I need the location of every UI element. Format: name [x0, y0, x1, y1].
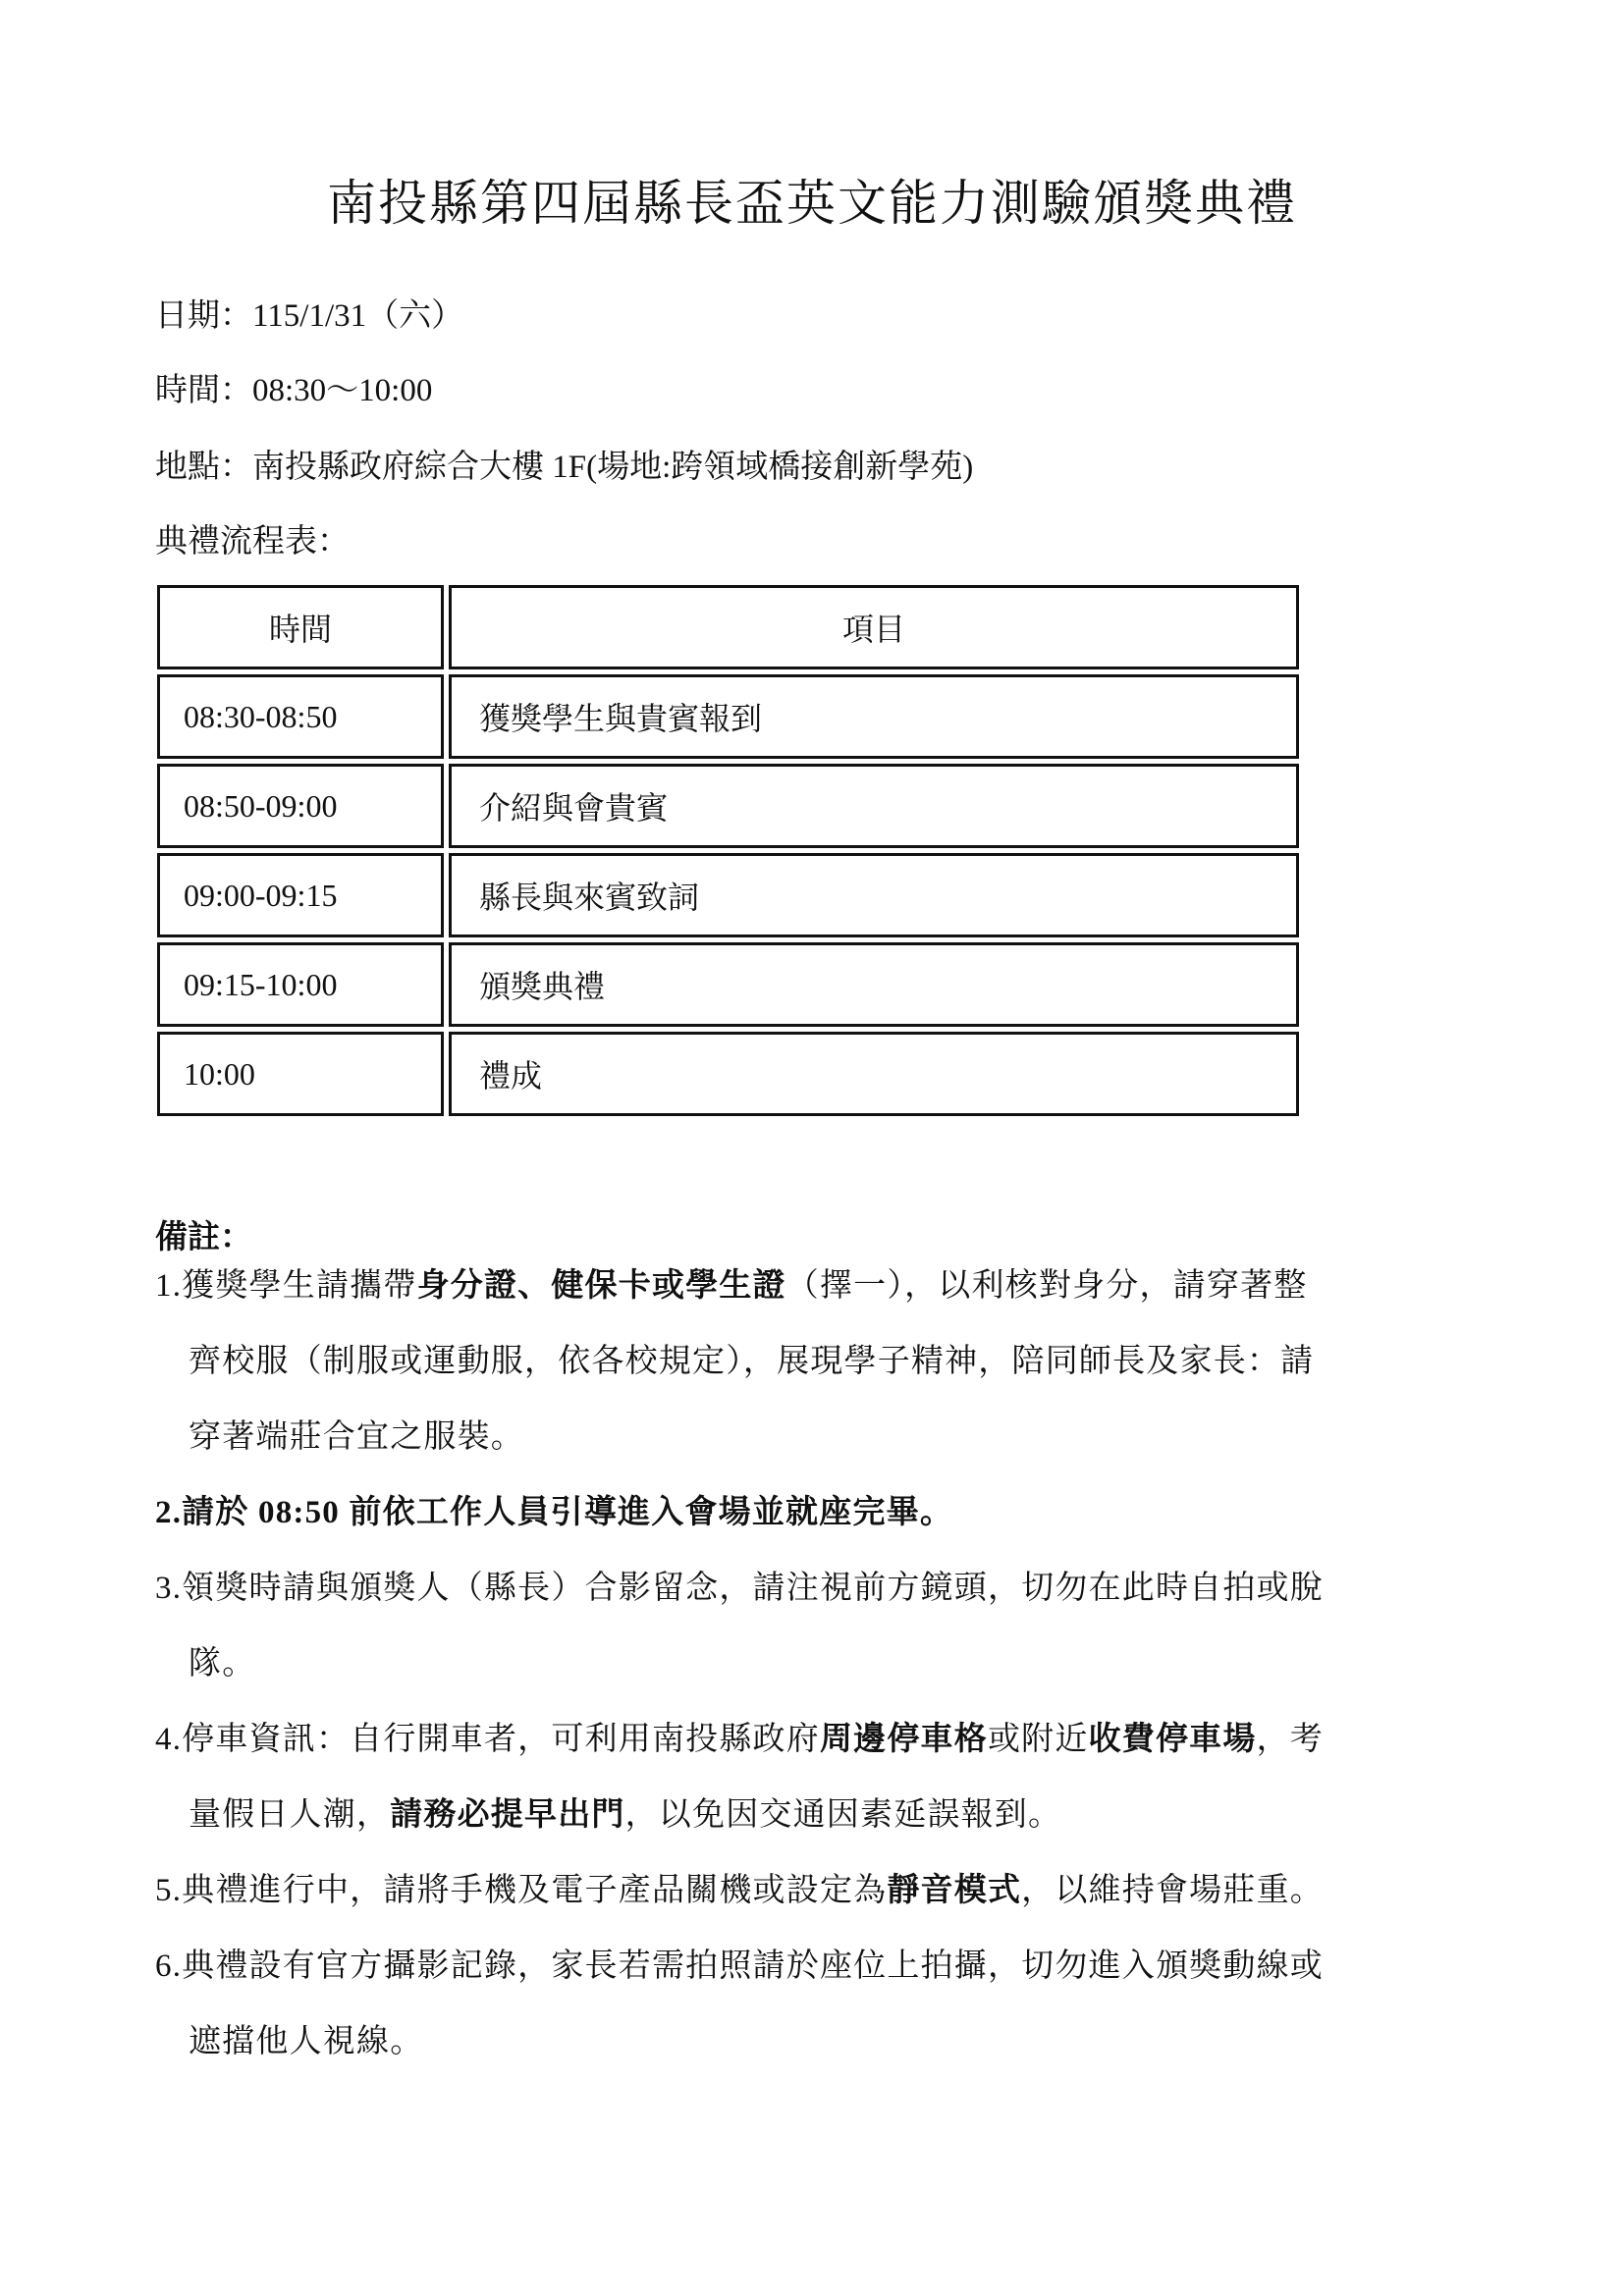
- remark-text: 量假日人潮，: [189, 1797, 390, 1833]
- schedule-heading: 典禮流程表：: [155, 520, 350, 563]
- info-time: 時間：08:30～10:00: [155, 369, 432, 412]
- row-item: 介紹與會貴賓: [449, 764, 1299, 848]
- remark-text: 1.獲獎學生請攜帶: [155, 1268, 417, 1304]
- row-item: 縣長與來賓致詞: [449, 853, 1299, 937]
- remark-text: 或附近: [988, 1722, 1089, 1757]
- table-row: 09:00-09:15 縣長與來賓致詞: [157, 853, 1299, 937]
- remark-continuation: 量假日人潮，請務必提早出門，以免因交通因素延誤報到。: [155, 1778, 1510, 1853]
- remark-text: 6.典禮設有官方攝影記錄，家長若需拍照請於座位上拍攝，切勿進入頒獎動線或: [155, 1949, 1324, 1984]
- table-row: 08:30-08:50 獲獎學生與貴賓報到: [157, 674, 1299, 759]
- schedule-table: 時間 項目 08:30-08:50 獲獎學生與貴賓報到 08:50-09:00 …: [152, 580, 1304, 1121]
- header-item: 項目: [449, 585, 1299, 669]
- row-item: 禮成: [449, 1032, 1299, 1116]
- row-item: 獲獎學生與貴賓報到: [449, 674, 1299, 759]
- row-time: 08:30-08:50: [157, 674, 444, 759]
- row-time: 08:50-09:00: [157, 764, 444, 848]
- header-time: 時間: [157, 585, 444, 669]
- remark-continuation: 隊。: [155, 1627, 1510, 1702]
- row-item: 頒獎典禮: [449, 942, 1299, 1027]
- remark-text: ，考: [1257, 1722, 1324, 1757]
- row-time: 09:15-10:00: [157, 942, 444, 1027]
- remark-item-3: 3.領獎時請與頒獎人（縣長）合影留念，請注視前方鏡頭，切勿在此時自拍或脫 隊。: [155, 1551, 1510, 1702]
- remark-text: 3.領獎時請與頒獎人（縣長）合影留念，請注視前方鏡頭，切勿在此時自拍或脫: [155, 1571, 1324, 1606]
- remark-item-6: 6.典禮設有官方攝影記錄，家長若需拍照請於座位上拍攝，切勿進入頒獎動線或 遮擋他…: [155, 1929, 1510, 2080]
- info-date: 日期：115/1/31（六）: [155, 294, 463, 338]
- info-location-label: 地點：: [155, 450, 252, 485]
- remark-item-4: 4.停車資訊：自行開車者，可利用南投縣政府周邊停車格或附近收費停車場，考 量假日…: [155, 1702, 1510, 1853]
- remark-item-1: 1.獲獎學生請攜帶身分證、健保卡或學生證（擇一），以利核對身分，請穿著整 齊校服…: [155, 1249, 1510, 1475]
- row-time: 10:00: [157, 1032, 444, 1116]
- remark-item-5: 5.典禮進行中，請將手機及電子產品關機或設定為靜音模式，以維持會場莊重。: [155, 1853, 1510, 1929]
- remark-text: ，以維持會場莊重。: [1021, 1873, 1324, 1908]
- table-row: 10:00 禮成: [157, 1032, 1299, 1116]
- remark-emphasis: 身分證、健保卡或學生證: [417, 1268, 786, 1304]
- info-date-value: 115/1/31（六）: [252, 298, 463, 334]
- remark-text: 5.典禮進行中，請將手機及電子產品關機或設定為: [155, 1873, 887, 1908]
- remark-emphasis: 靜音模式: [887, 1873, 1021, 1908]
- remark-continuation: 齊校服（制服或運動服，依各校規定），展現學子精神，陪同師長及家長：請: [155, 1324, 1510, 1400]
- remark-emphasis: 2.請於 08:50 前依工作人員引導進入會場並就座完畢。: [155, 1495, 953, 1530]
- table-row: 08:50-09:00 介紹與會貴賓: [157, 764, 1299, 848]
- remark-text: （擇一），以利核對身分，請穿著整: [786, 1268, 1308, 1304]
- remark-emphasis: 收費停車場: [1089, 1722, 1257, 1757]
- schedule-heading-label: 典禮流程表：: [155, 524, 350, 560]
- document-title: 南投縣第四屆縣長盃英文能力測驗頒獎典禮: [0, 169, 1624, 238]
- info-time-value: 08:30～10:00: [252, 373, 432, 408]
- remark-continuation: 遮擋他人視線。: [155, 2004, 1510, 2080]
- remark-text: ，以免因交通因素延誤報到。: [625, 1797, 1062, 1833]
- info-time-label: 時間：: [155, 373, 252, 408]
- remark-item-2: 2.請於 08:50 前依工作人員引導進入會場並就座完畢。: [155, 1475, 1510, 1551]
- remark-emphasis: 請務必提早出門: [390, 1797, 624, 1833]
- row-time: 09:00-09:15: [157, 853, 444, 937]
- table-row: 09:15-10:00 頒獎典禮: [157, 942, 1299, 1027]
- remark-emphasis: 周邊停車格: [820, 1722, 988, 1757]
- remark-continuation: 穿著端莊合宜之服裝。: [155, 1400, 1510, 1475]
- info-date-label: 日期：: [155, 298, 252, 334]
- info-location-value: 南投縣政府綜合大樓 1F(場地:跨領域橋接創新學苑): [252, 450, 973, 485]
- info-location: 地點：南投縣政府綜合大樓 1F(場地:跨領域橋接創新學苑): [155, 446, 973, 489]
- table-header-row: 時間 項目: [157, 585, 1299, 669]
- remark-text: 4.停車資訊：自行開車者，可利用南投縣政府: [155, 1722, 820, 1757]
